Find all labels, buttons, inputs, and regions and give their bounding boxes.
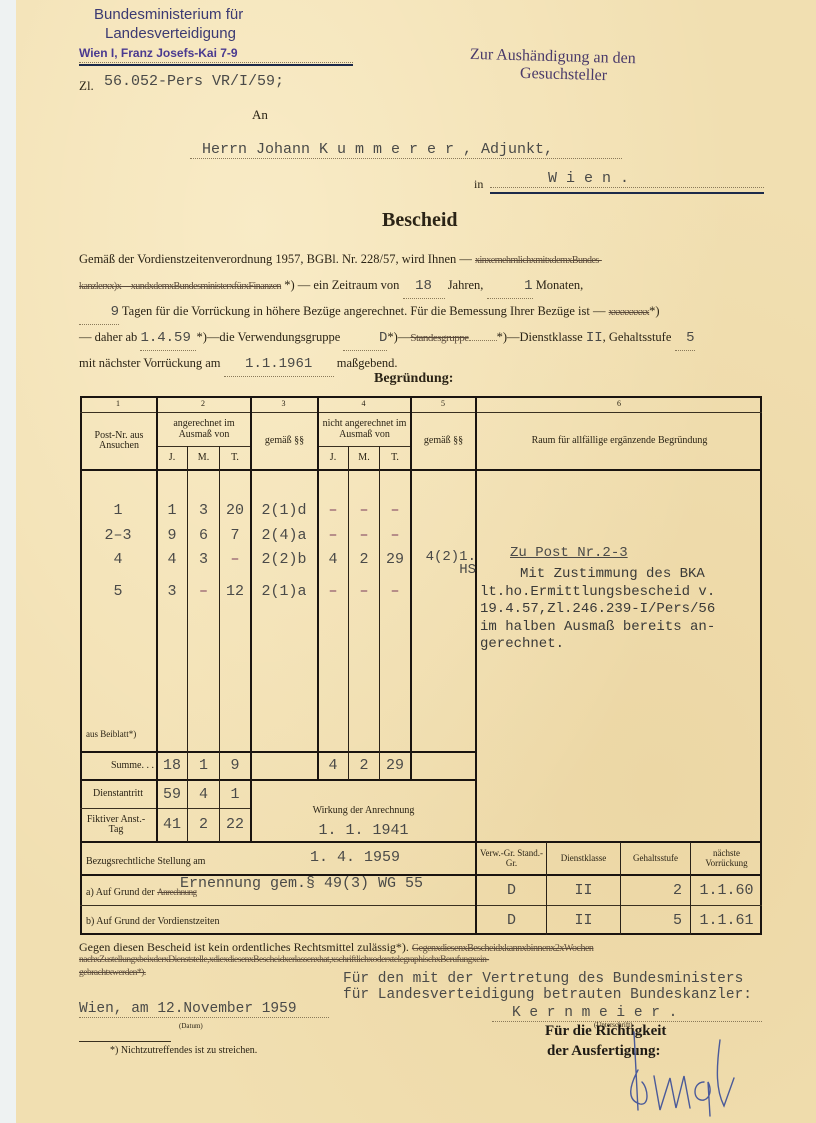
summe-t: 9	[220, 753, 250, 779]
header-nm: M.	[349, 447, 379, 469]
column-number: 3	[250, 397, 317, 412]
header-angerechnet: angerechnet im Ausmaß von	[158, 413, 250, 446]
footnote-rule	[79, 1041, 171, 1042]
header-j: J.	[157, 447, 187, 469]
gehaltsstufe-value: 5	[675, 326, 695, 351]
ministry-stamp-line1: Bundesministerium für	[94, 6, 243, 23]
header-m: M.	[188, 447, 219, 469]
body-text: , Gehaltsstufe	[603, 330, 672, 344]
decision-paragraph: Gemäß der Vordienstzeitenverordnung 1957…	[79, 247, 769, 377]
body-text: *)	[649, 304, 659, 318]
body-text: — daher ab	[79, 330, 137, 344]
dienstantritt-label: Dienstantritt	[80, 781, 156, 808]
dienstantritt-m: 4	[188, 781, 219, 808]
note-line: 19.4.57,Zl.246.239-I/Pers/56	[480, 601, 760, 619]
document-title: Bescheid	[382, 209, 458, 232]
row-nt: 29	[380, 549, 410, 571]
summe-label: Summe. . .	[80, 753, 154, 779]
fiktiver-label: Fiktiver Anst.-Tag	[84, 809, 148, 841]
column-number: 2	[156, 397, 250, 412]
row-a-next: 1.1.60	[691, 876, 762, 905]
header-post-nr: Post-Nr. aus Ansuchen	[82, 413, 156, 469]
rechtsmittel-notice: Gegen diesen Bescheid ist kein ordentlic…	[79, 940, 409, 954]
row-m: 6	[188, 525, 219, 547]
header-nt: T.	[380, 447, 410, 469]
dienstantritt-t: 1	[220, 781, 250, 808]
row-t: 20	[220, 500, 250, 522]
zl-label: Zl.	[79, 78, 94, 94]
body-text: Jahren,	[448, 278, 484, 292]
divider	[490, 192, 764, 194]
place-date: Wien, am 12.November 1959	[79, 1001, 329, 1018]
summe-nm: 2	[349, 753, 379, 779]
body-text: Gemäß der Vordienstzeitenverordnung 1957…	[79, 252, 472, 266]
summe-j: 18	[157, 753, 187, 779]
body-text: *) — ein Zeitraum von	[284, 278, 399, 292]
note-text: Mit Zustimmung des BKA lt.ho.Ermittlungs…	[480, 566, 760, 654]
recipient-city: W i e n .	[490, 170, 764, 188]
row-post: 4	[80, 549, 156, 571]
ministry-address: Wien I, Franz Josefs-Kai 7-9	[79, 46, 238, 60]
row-paragraph: 2(1)a	[251, 581, 317, 603]
handwritten-signature-icon	[620, 1030, 750, 1120]
bezug-date: 1. 4. 1959	[310, 849, 400, 866]
row-a-dienstklasse: II	[547, 876, 620, 905]
row-nm: 2	[349, 549, 379, 571]
note-title: Zu Post Nr.2-3	[510, 545, 628, 561]
verwendungsgruppe-value: D	[343, 326, 387, 351]
struck-text: kanzlerxx)x—xundxdemxBundesministerxfürx…	[79, 281, 281, 292]
summe-nj: 4	[318, 753, 348, 779]
recipient-name: Herrn Johann K u m m e r e r , Adjunkt,	[190, 141, 622, 159]
row-paragraph: 2(4)a	[251, 525, 317, 547]
row-nt: –	[380, 581, 410, 603]
divider	[79, 64, 353, 66]
header-gemaess-2: gemäß §§	[412, 413, 475, 469]
header-raum: Raum für allfällige ergänzende Begründun…	[477, 413, 762, 469]
datum-label: (Datum)	[179, 1022, 203, 1030]
row-nm: –	[349, 525, 379, 547]
row-j: 3	[157, 581, 187, 603]
body-text: Tagen für die Vorrückung in höhere Bezüg…	[122, 304, 606, 318]
note-line: lt.ho.Ermittlungsbescheid v.	[480, 584, 760, 602]
column-number: 6	[476, 397, 762, 412]
body-text: mit nächster Vorrückung am	[79, 356, 221, 370]
days-value: 9	[79, 300, 119, 325]
lower-header-gehaltsstufe: Gehaltsstufe	[621, 843, 690, 874]
row-paragraph: 2(1)d	[251, 500, 317, 522]
row-b-next: 1.1.61	[691, 906, 762, 935]
begruendung-title: Begründung:	[374, 371, 453, 387]
column-number: 5	[410, 397, 476, 412]
row-nj: –	[318, 525, 348, 547]
column-number: 1	[80, 397, 156, 412]
row-b-verwgr: D	[477, 906, 546, 935]
body-text: maßgebend.	[337, 356, 398, 370]
body-text: *)—Dienstklasse	[497, 330, 583, 344]
next-advancement-date: 1.1.1961	[224, 352, 334, 377]
wirkung-label: Wirkung der Anrechnung	[252, 801, 475, 821]
table-rule	[379, 446, 380, 780]
signatory-line-1: Für den mit der Vertretung des Bundesmin…	[343, 971, 743, 987]
footnote: *) Nichtzutreffendes ist zu streichen.	[110, 1045, 257, 1056]
signatory-name: K e r n m e i e r .	[492, 1005, 762, 1022]
row-j: 1	[157, 500, 187, 522]
struck-text: GegenxdiesenxBescheidxkannxbinnenx2xWoch…	[412, 943, 593, 954]
table-rule	[348, 446, 349, 780]
row-nj: 4	[318, 549, 348, 571]
row-post: 5	[80, 581, 156, 603]
delivery-stamp-line2: Gesuchsteller	[520, 65, 608, 85]
note-line: gerechnet.	[480, 636, 760, 654]
struck-text: nachxZustellungxbeixderxDienststelle,xdi…	[79, 955, 769, 965]
row-nt: –	[380, 500, 410, 522]
summe-nt: 29	[380, 753, 410, 779]
row-a-verwgr: D	[477, 876, 546, 905]
divider	[79, 61, 353, 63]
column-number: 4	[317, 397, 410, 412]
row-nj: –	[318, 581, 348, 603]
header-nj: J.	[318, 447, 348, 469]
row-t: 12	[220, 581, 250, 603]
row-m: 3	[188, 549, 219, 571]
row-nj: –	[318, 500, 348, 522]
fiktiver-j: 41	[157, 809, 187, 841]
row-nm: –	[349, 500, 379, 522]
header-nicht-angerechnet: nicht angerechnet im Ausmaß von	[319, 413, 410, 446]
signatory-line-2: für Landesverteidigung betrauten Bundesk…	[343, 987, 752, 1003]
lower-header-verwgr: Verw.-Gr. Stand.-Gr.	[477, 843, 546, 874]
row-nt: –	[380, 525, 410, 547]
lower-header-dienstklasse: Dienstklasse	[547, 843, 620, 874]
row-a-gehaltsstufe: 2	[621, 876, 690, 905]
wirkung-value: 1. 1. 1941	[252, 821, 475, 841]
header-t: T.	[220, 447, 250, 469]
row-paragraph: 2(2)b	[251, 549, 317, 571]
summe-m: 1	[188, 753, 219, 779]
dienstantritt-j: 59	[157, 781, 187, 808]
row-t: –	[220, 549, 250, 571]
struck-text: gebrachtxwerden*).	[79, 968, 146, 978]
table-rule	[80, 469, 762, 471]
row-paragraph-2: 4(2)1. HS	[418, 551, 476, 577]
fiktiver-m: 2	[188, 809, 219, 841]
years-value: 18	[403, 274, 445, 299]
row-m: 3	[188, 500, 219, 522]
aus-beiblatt-label: aus Beiblatt*)	[86, 729, 136, 739]
body-text: *)—	[387, 330, 410, 344]
row-t: 7	[220, 525, 250, 547]
row-nm: –	[349, 581, 379, 603]
lower-header-next: nächste Vorrückung	[691, 843, 762, 874]
row-post: 1	[80, 500, 156, 522]
in-label: in	[474, 177, 483, 192]
row-b-gehaltsstufe: 5	[621, 906, 690, 935]
body-text: Monaten,	[536, 278, 584, 292]
note-line: Mit Zustimmung des BKA	[480, 566, 760, 584]
reference-number: 56.052-Pers VR/I/59;	[104, 73, 284, 90]
struck-text: Standesgruppe	[410, 332, 468, 344]
struck-text: xxxxxxxxx	[609, 307, 650, 318]
an-label: An	[252, 107, 268, 123]
ministry-stamp-line2: Landesverteidigung	[105, 25, 236, 42]
row-m: –	[188, 581, 219, 603]
row-j: 9	[157, 525, 187, 547]
dienstklasse-value: II	[586, 330, 603, 346]
row-a-label-text: a) Auf Grund der	[86, 887, 155, 898]
row-a-typed: Ernennung gem.§ 49(3) WG 55	[180, 875, 423, 892]
row-j: 4	[157, 549, 187, 571]
struck-text: xinxernehmlichxmitxdemxBundes-	[475, 255, 602, 266]
row-b-label: b) Auf Grund der Vordienstzeiten	[86, 916, 220, 927]
row-post: 2–3	[80, 525, 156, 547]
row-b-dienstklasse: II	[547, 906, 620, 935]
effective-date: 1.4.59	[140, 326, 196, 351]
fiktiver-t: 22	[220, 809, 250, 841]
header-gemaess: gemäß §§	[252, 413, 317, 469]
bezug-label: Bezugsrechtliche Stellung am	[86, 856, 205, 867]
note-line: im halben Ausmaß bereits an-	[480, 619, 760, 637]
body-text: *)—die Verwendungsgruppe	[196, 330, 340, 344]
months-value: 1	[487, 274, 533, 299]
rechtsmittel-text: Gegen diesen Bescheid ist kein ordentlic…	[79, 940, 593, 955]
